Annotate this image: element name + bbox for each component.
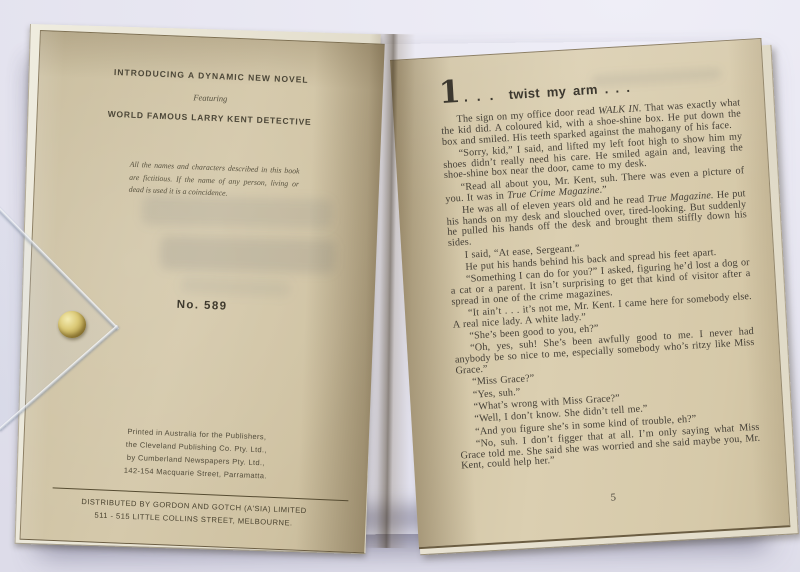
series-line: WORLD FAMOUS LARRY KENT DETECTIVE — [38, 106, 382, 130]
photo-backdrop: INTRODUCING A DYNAMIC NEW NOVEL Featurin… — [0, 0, 800, 572]
brass-pin — [58, 311, 86, 338]
chapter-title: twist my arm . . . — [508, 80, 630, 102]
left-page: INTRODUCING A DYNAMIC NEW NOVEL Featurin… — [20, 30, 385, 553]
intro-line: INTRODUCING A DYNAMIC NEW NOVEL — [39, 64, 383, 88]
featuring-line: Featuring — [38, 86, 382, 110]
story-text: The sign on my office door read WALK IN.… — [440, 98, 761, 474]
chapter-dots: . . . — [463, 87, 496, 105]
showthrough-ghost — [181, 277, 292, 297]
page-number: 5 — [463, 484, 763, 513]
showthrough-ghost — [160, 236, 336, 274]
disclaimer-text: All the names and characters described i… — [128, 159, 299, 203]
printer-imprint: Printed in Australia for the Publishers,… — [23, 421, 369, 487]
chapter-number: 1 — [438, 74, 462, 111]
right-page: 1. . .twist my arm . . . The sign on my … — [390, 38, 790, 549]
